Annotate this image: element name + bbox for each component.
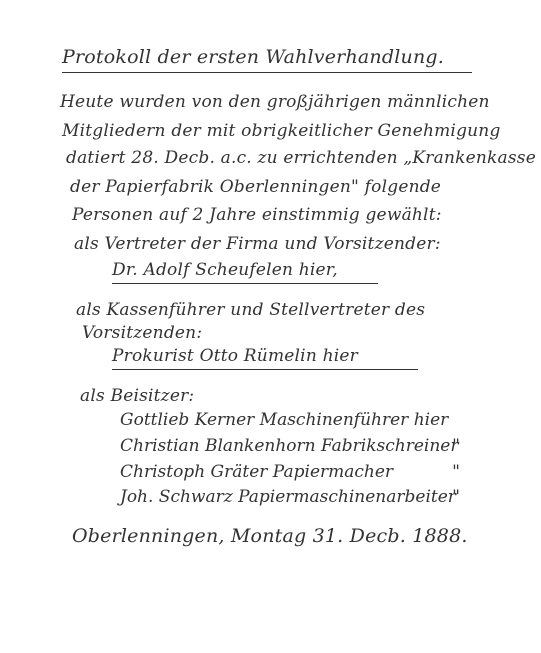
document-title: Protokoll der ersten Wahlverhandlung. bbox=[62, 46, 472, 73]
deputy-name: Prokurist Otto Rümelin hier bbox=[112, 346, 418, 370]
document-page: Protokoll der ersten Wahlverhandlung. He… bbox=[0, 0, 541, 653]
body-line: als Vertreter der Firma und Vorsitzender… bbox=[74, 234, 441, 254]
members-label: als Beisitzer: bbox=[80, 386, 194, 406]
chair-name: Dr. Adolf Scheufelen hier, bbox=[112, 260, 378, 284]
member-name: Christian Blankenhorn Fabrikschreiner bbox=[120, 436, 458, 456]
body-line: datiert 28. Decb. a.c. zu errichtenden „… bbox=[66, 148, 536, 168]
member-entry: Joh. Schwarz Papiermaschinenarbeiter " bbox=[120, 487, 460, 507]
body-line: der Papierfabrik Oberlenningen" folgende bbox=[70, 177, 441, 197]
body-line: Heute wurden von den großjährigen männli… bbox=[60, 92, 490, 112]
member-entry: Christian Blankenhorn Fabrikschreiner " bbox=[120, 436, 460, 456]
ditto-mark: " bbox=[452, 487, 460, 507]
member-name: Christoph Gräter Papiermacher bbox=[120, 462, 393, 482]
closing-place-date: Oberlenningen, Montag 31. Decb. 1888. bbox=[72, 525, 468, 547]
member-entry: Gottlieb Kerner Maschinenführer hier bbox=[120, 410, 460, 430]
deputy-label: als Kassenführer und Stellvertreter des bbox=[76, 300, 425, 320]
ditto-mark: " bbox=[452, 436, 460, 456]
deputy-label-continued: Vorsitzenden: bbox=[82, 323, 202, 343]
ditto-mark: " bbox=[452, 462, 460, 482]
member-name: Joh. Schwarz Papiermaschinenarbeiter bbox=[120, 487, 456, 507]
member-entry: Christoph Gräter Papiermacher " bbox=[120, 462, 460, 482]
body-line: Mitgliedern der mit obrigkeitlicher Gene… bbox=[62, 121, 501, 141]
body-line: Personen auf 2 Jahre einstimmig gewählt: bbox=[72, 205, 442, 225]
member-name: Gottlieb Kerner Maschinenführer hier bbox=[120, 410, 448, 430]
